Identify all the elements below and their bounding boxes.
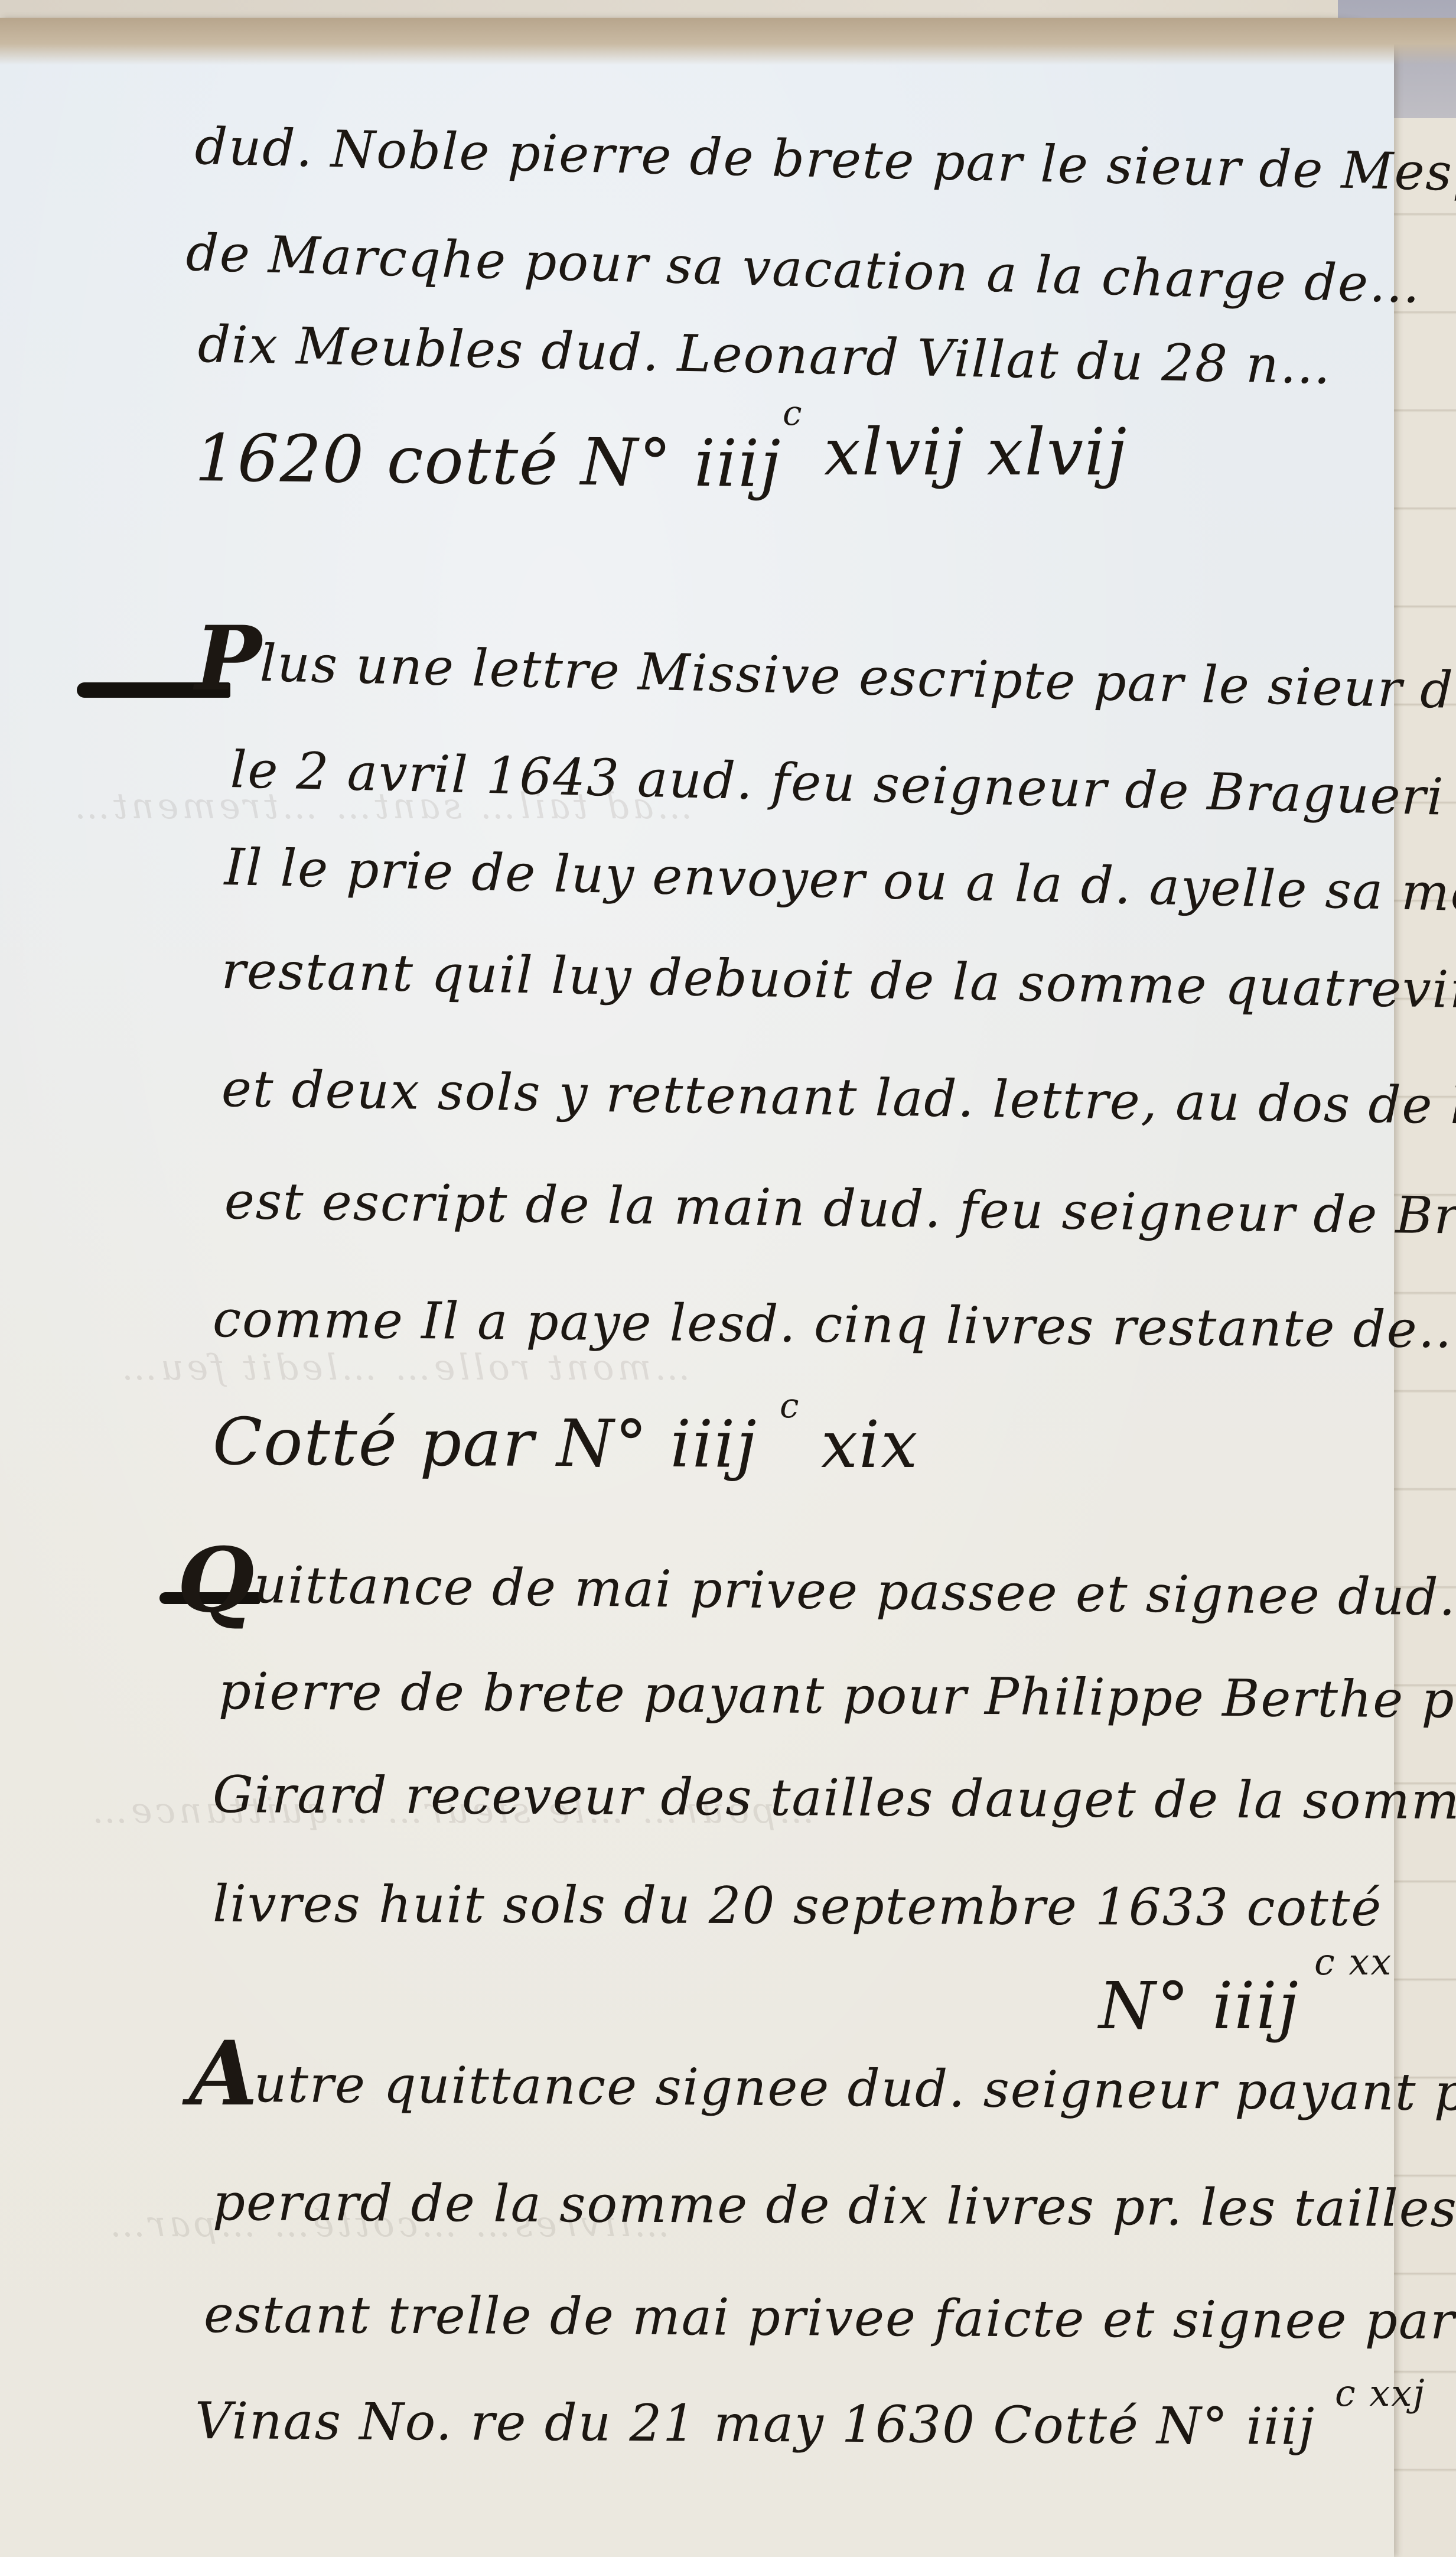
manuscript-line: livres huit sols du 20 septembre 1633 co… <box>213 1879 1383 1934</box>
reference-number: Cotté par N° iiij <box>213 1409 758 1477</box>
reference-suffix: xix <box>821 1412 918 1477</box>
manuscript-line: lus une lettre Missive escripte par le s… <box>259 638 1456 717</box>
manuscript-line: pierre de brete payant pour Philippe Ber… <box>219 1666 1456 1726</box>
manuscript-line: Vinas No. re du 21 may 1630 Cotté N° iii… <box>195 2396 1315 2452</box>
reference-number: N° iiij <box>1099 1973 1299 2038</box>
manuscript-line: dud. Noble pierre de brete par le sieur … <box>194 121 1456 200</box>
reference-suffix: xlvij xlvij <box>824 419 1128 484</box>
manuscript-line: dix Meubles dud. Leonard Villat du 28 n… <box>197 319 1332 392</box>
reference-suffix: c xx <box>1314 1944 1392 1980</box>
manuscript-page: …ad tail… sant… …trement… …mont rolle… …… <box>0 18 1394 2557</box>
bleed-through-text: …mont rolle… …ledit feu… <box>118 1347 690 1388</box>
manuscript-line: et deux sols y rettenant lad. lettre, au… <box>221 1063 1456 1135</box>
manuscript-line: de Marcqhe pour sa vacation a la charge … <box>185 227 1422 311</box>
manuscript-line: uittance de mai privee passee et signee … <box>254 1560 1456 1625</box>
manuscript-line: estant trelle de mai privee faicte et si… <box>204 2289 1456 2347</box>
initial-letter: P <box>195 614 263 703</box>
reference-superscript: c <box>780 1388 800 1423</box>
manuscript-line: restant quil luy debuoit de la somme qua… <box>221 945 1456 1017</box>
manuscript-line: Girard receveur des tailles dauget de la… <box>213 1769 1456 1828</box>
manuscript-line: Il le prie de luy envoyer ou a la d. aye… <box>224 842 1456 921</box>
reference-superscript: c <box>783 396 803 430</box>
reference-suffix: c xxj <box>1335 2375 1426 2412</box>
manuscript-line: perard de la somme de dix livres pr. les… <box>213 2177 1456 2235</box>
reference-number: 1620 cotté N° iiij <box>194 425 781 496</box>
manuscript-line: est escript de la main dud. feu seigneur… <box>224 1176 1456 1244</box>
manuscript-line: utre quittance signee dud. seigneur paya… <box>254 2059 1456 2120</box>
manuscript-line: le 2 avril 1643 aud. feu seigneur de Bra… <box>230 744 1456 827</box>
initial-letter: A <box>189 2029 259 2118</box>
page-top-edge-stain <box>0 18 1456 65</box>
initial-letter: Q <box>177 1536 256 1625</box>
manuscript-line: comme Il a paye lesd. cinq livres restan… <box>213 1294 1456 1356</box>
